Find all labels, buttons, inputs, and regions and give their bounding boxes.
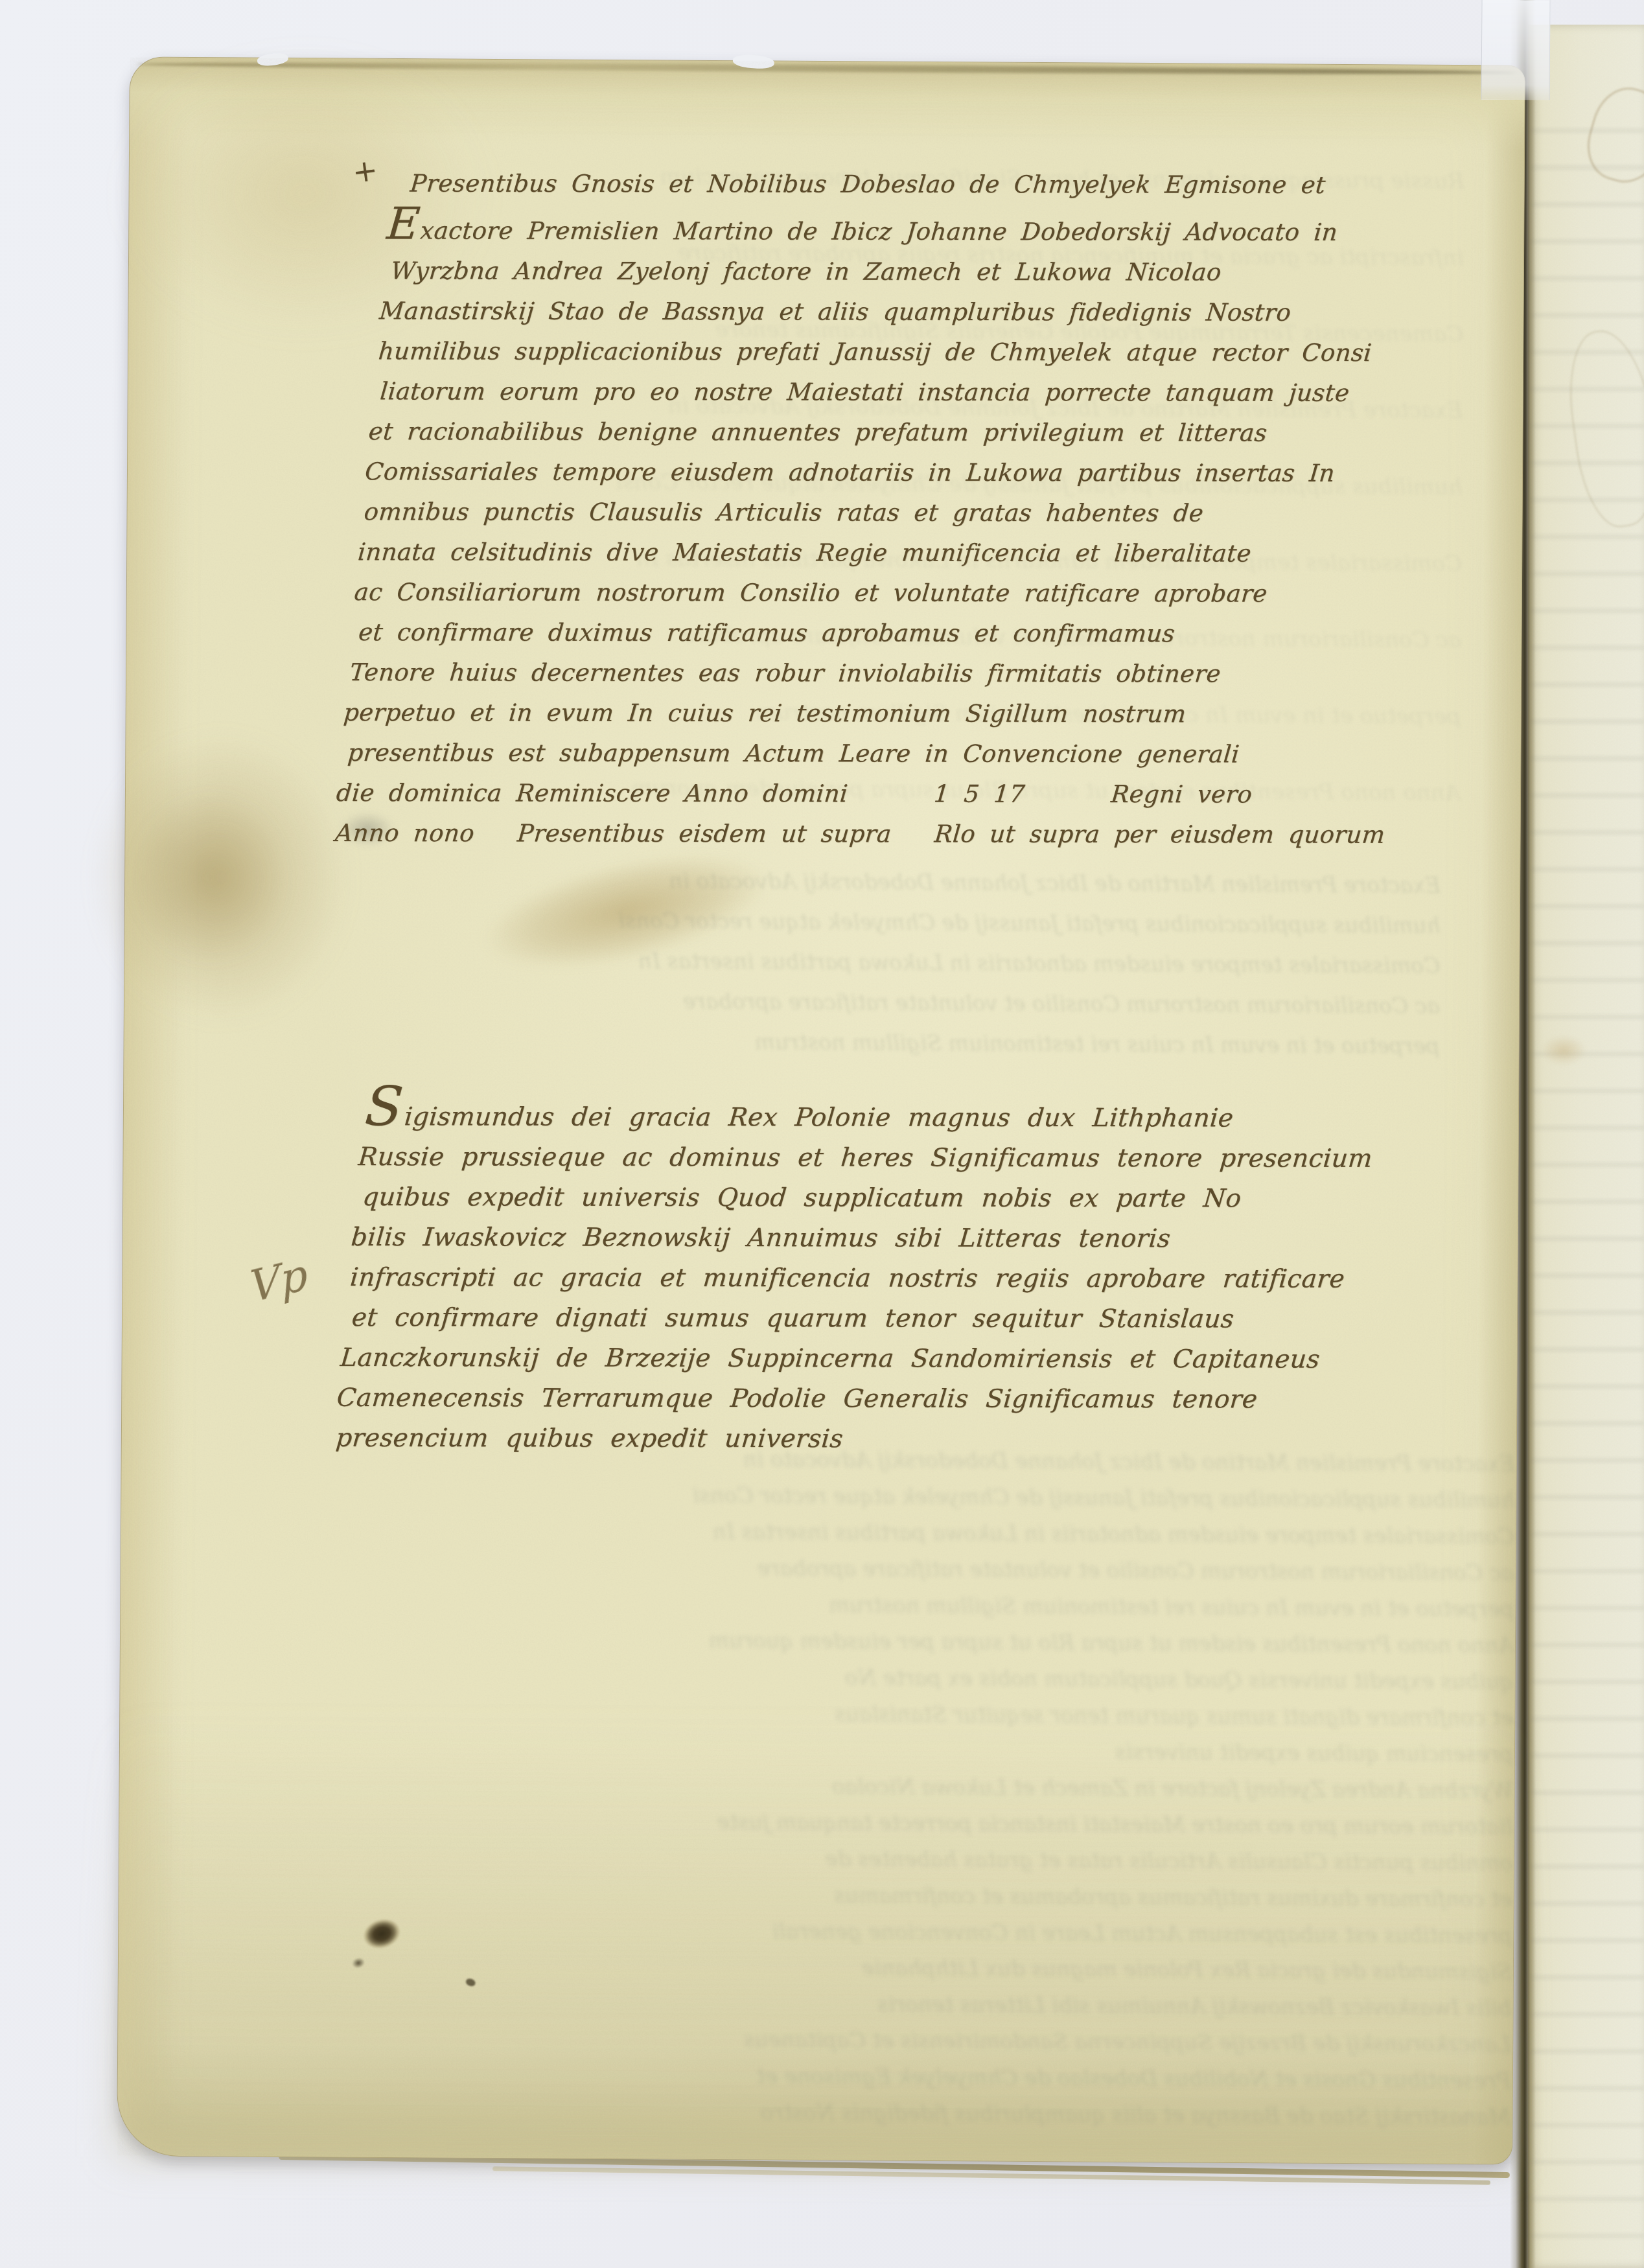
protective-film: [1481, 0, 1550, 100]
scan-background: { "palette": { "background_hex": "#edeff…: [0, 0, 1644, 2268]
facing-page: [1528, 25, 1644, 2268]
paper-grain: [1528, 25, 1644, 2268]
manuscript-page: Russie prussieque ac dominus et heres Si…: [117, 56, 1525, 2164]
paper-grain: [117, 57, 1525, 2164]
